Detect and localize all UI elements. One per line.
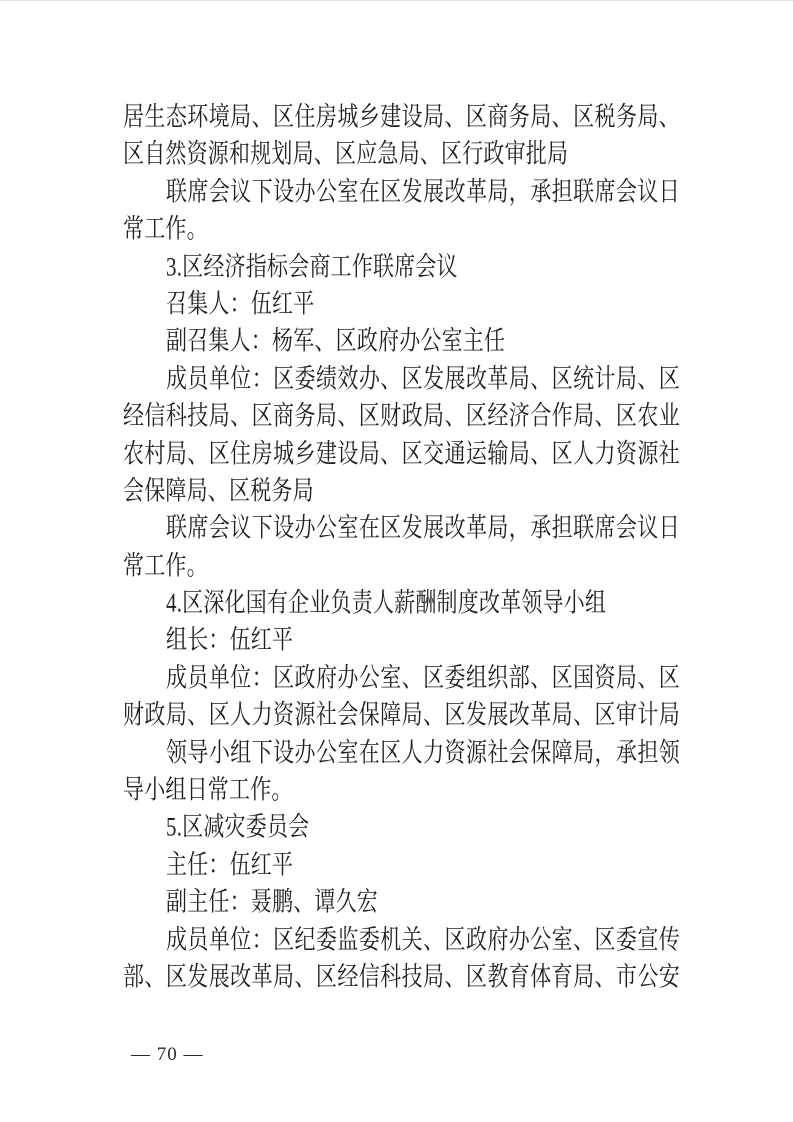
text-line: 部、区发展改革局、区经信科技局、区教育体育局、市公安 [123, 954, 680, 1001]
page-number: — 70 — [131, 1044, 204, 1066]
document-body: 居生态环境局、区住房城乡建设局、区商务局、区税务局、 区自然资源和规划局、区应急… [123, 99, 680, 996]
page-top-edge [0, 0, 793, 1]
